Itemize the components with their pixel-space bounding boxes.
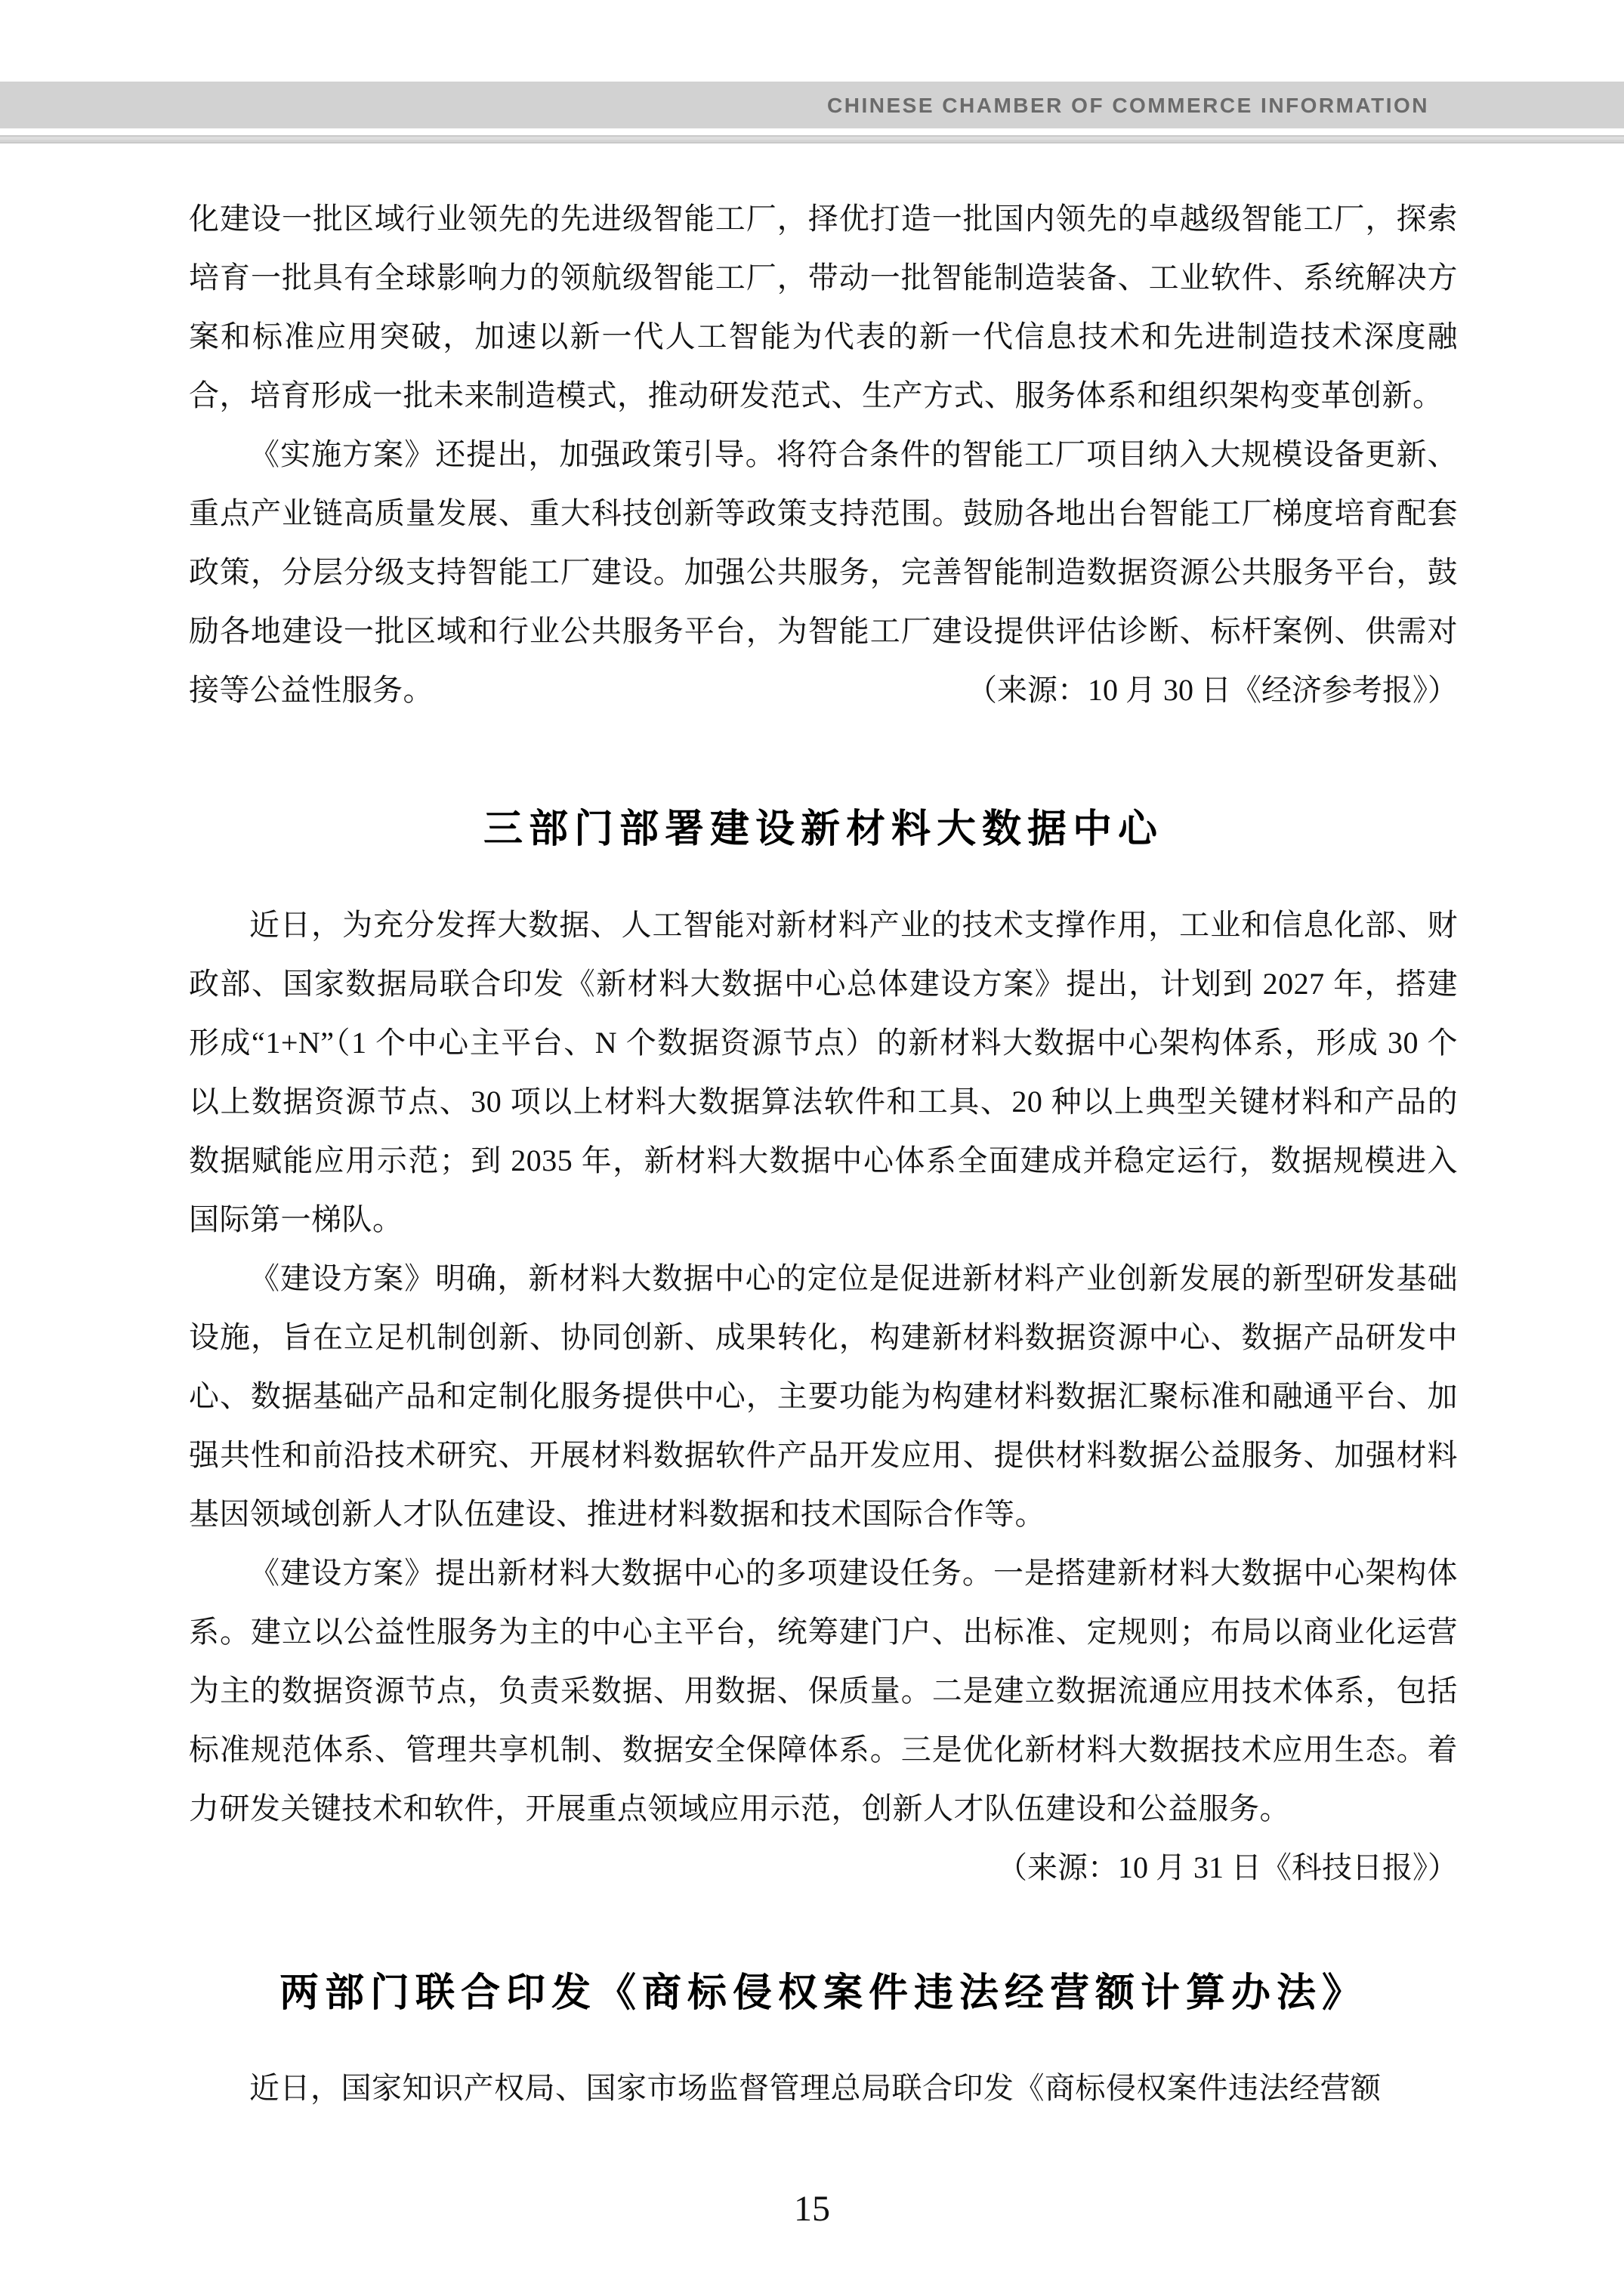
new-material-paragraph-3: 《建设方案》提出新材料大数据中心的多项建设任务。一是搭建新材料大数据中心架构体系… — [189, 1544, 1458, 1838]
new-material-paragraph-1: 近日，为充分发挥大数据、人工智能对新材料产业的技术支撑作用，工业和信息化部、财政… — [189, 896, 1458, 1249]
header-banner-text: CHINESE CHAMBER OF COMMERCE INFORMATION — [827, 82, 1429, 128]
document-page: CHINESE CHAMBER OF COMMERCE INFORMATION … — [0, 0, 1624, 2293]
trademark-paragraph-1: 近日，国家知识产权局、国家市场监督管理总局联合印发《商标侵权案件违法经营额 — [189, 2059, 1458, 2118]
new-material-paragraph-2: 《建设方案》明确，新材料大数据中心的定位是促进新材料产业创新发展的新型研发基础设… — [189, 1249, 1458, 1544]
article-title-trademark-measures: 两部门联合印发《商标侵权案件违法经营额计算办法》 — [189, 1963, 1458, 2023]
smart-factory-paragraph-2-wrap: 《实施方案》还提出，加强政策引导。将符合条件的智能工厂项目纳入大规模设备更新、重… — [189, 425, 1458, 720]
header-divider-rule — [0, 135, 1624, 144]
new-material-source: （来源：10 月 31 日《科技日报》） — [189, 1838, 1458, 1897]
smart-factory-source: （来源：10 月 30 日《经济参考报》） — [967, 661, 1458, 720]
page-content: 化建设一批区域行业领先的先进级智能工厂，择优打造一批国内领先的卓越级智能工厂，探… — [189, 190, 1458, 2118]
article-title-new-material-data-center: 三部门部署建设新材料大数据中心 — [189, 799, 1458, 859]
header-band: CHINESE CHAMBER OF COMMERCE INFORMATION — [0, 82, 1624, 128]
page-number: 15 — [0, 2188, 1624, 2230]
smart-factory-paragraph-1: 化建设一批区域行业领先的先进级智能工厂，择优打造一批国内领先的卓越级智能工厂，探… — [189, 190, 1458, 425]
